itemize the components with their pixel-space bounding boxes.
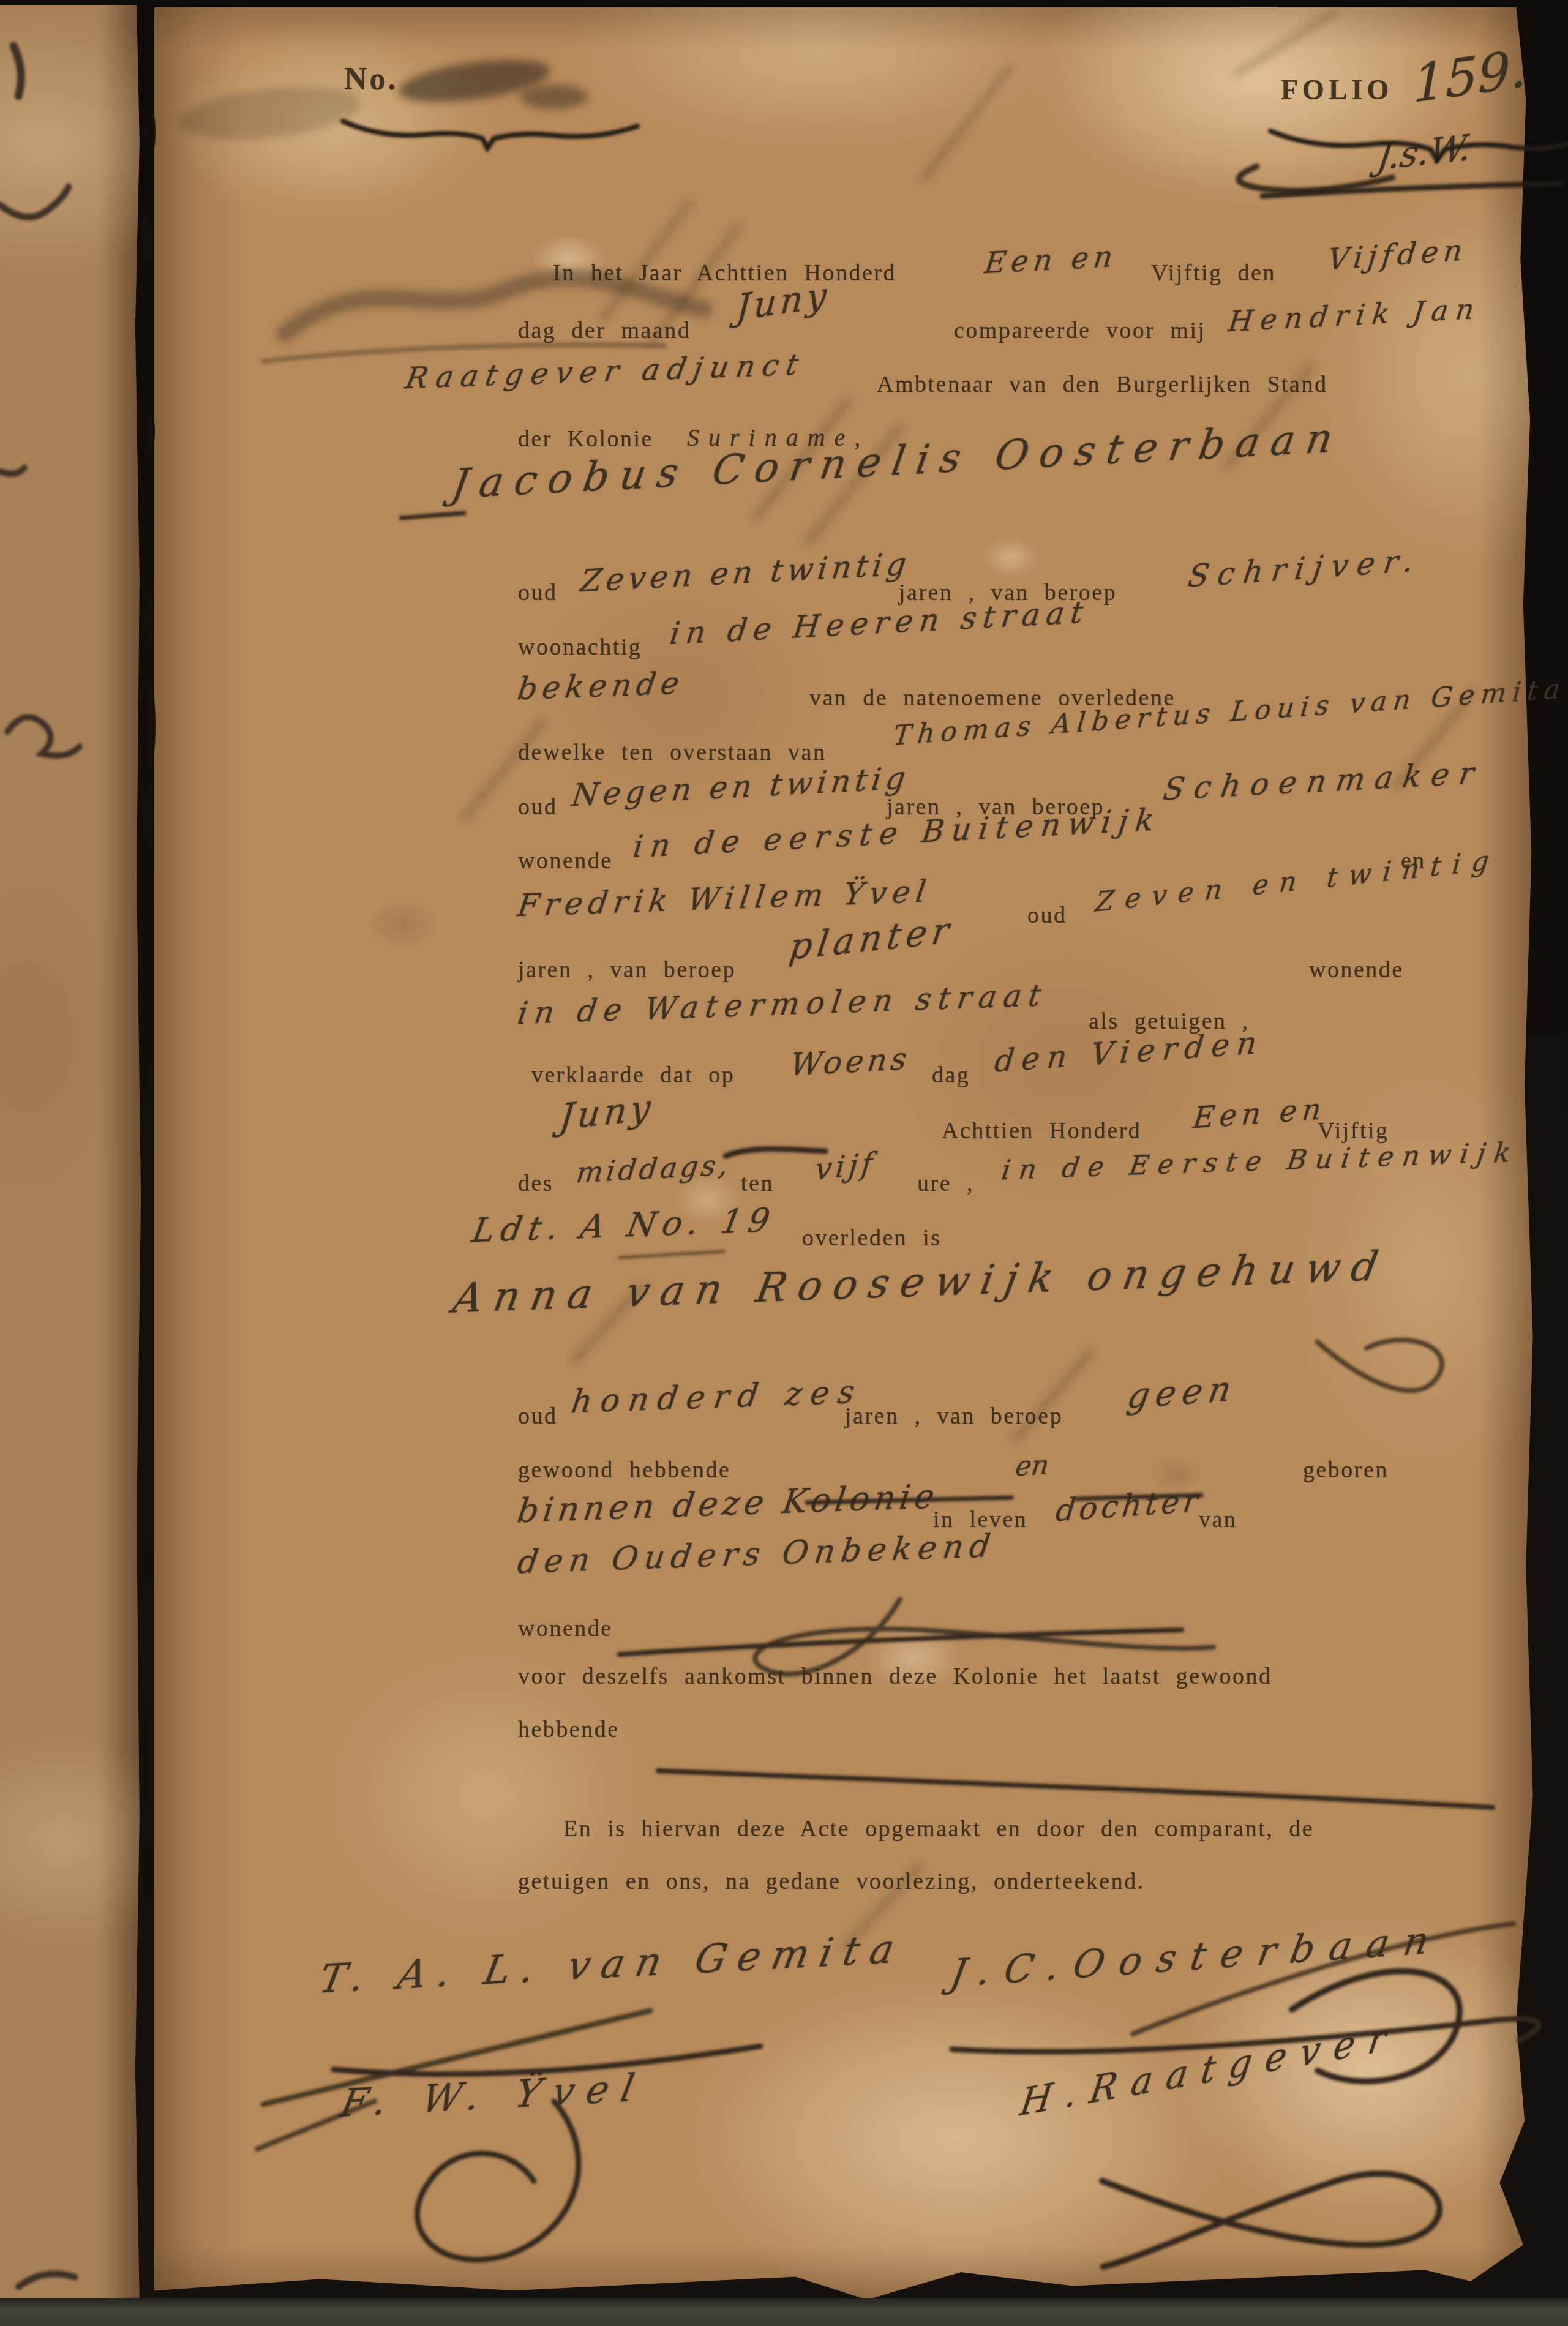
act-line22-printed2: van (1199, 1506, 1237, 1533)
act-line08-handwritten1: bekende (516, 666, 686, 707)
act-line15-printed2: dag (932, 1062, 970, 1089)
act-line15-handwritten1: Woens (789, 1041, 912, 1083)
act-line11-printed1: wonende (518, 847, 613, 874)
act-line04-printed1: der Kolonie (518, 426, 653, 452)
previous-page-sliver (0, 5, 141, 2300)
act-line17-printed1: des (518, 1170, 553, 1197)
act-line03-printed1: Ambtenaar van den Burgerlijken Stand (877, 371, 1327, 398)
death-record-scan: No. FOLIO 159. J.s.W. In het Jaar Achtti… (0, 0, 1568, 2326)
act-line07-printed1: woonachtig (518, 634, 642, 661)
act-line26-printed1: hebbende (518, 1716, 620, 1743)
act-line01-handwritten1: Een en (983, 239, 1120, 281)
act-line10-printed1: oud (518, 793, 558, 820)
act-line09-printed1: dewelke ten overstaan van (518, 739, 827, 766)
act-line02-printed2: compareerde voor mij (954, 317, 1206, 344)
act-line17-printed2: ten (741, 1170, 774, 1197)
act-line01-printed2: Vijftig den (1151, 260, 1276, 287)
act-line21-handwritten1: en (1014, 1449, 1051, 1482)
act-line01-printed1: In het Jaar Achttien Honderd (553, 260, 896, 287)
gutter-crack (141, 7, 156, 2298)
act-line17-handwritten2: vijf (814, 1146, 878, 1187)
act-line27-printed1: En is hiervan deze Acte opgemaakt en doo… (563, 1815, 1314, 1842)
act-line02-printed1: dag der maand (518, 317, 691, 344)
act-line12-printed1: oud (1027, 902, 1067, 929)
no-label: No. (344, 61, 399, 97)
act-line24-printed1: wonende (518, 1615, 613, 1642)
act-line13-printed1: jaren , van beroep (518, 956, 736, 983)
act-line16-printed1: Achttien Honderd (942, 1117, 1141, 1144)
act-line18-printed1: overleden is (802, 1225, 942, 1251)
act-line15-printed1: verklaarde dat op (531, 1062, 735, 1089)
act-line17-printed3: ure , (917, 1170, 974, 1197)
act-line20-handwritten2: geen (1124, 1369, 1240, 1417)
act-line13-printed2: wonende (1309, 956, 1404, 983)
act-line16-printed2: Vijftig (1318, 1117, 1389, 1144)
act-line21-printed1: gewoond hebbende (518, 1457, 730, 1484)
scan-background-surface (0, 2298, 1568, 2326)
folio-label: FOLIO (1281, 73, 1393, 106)
act-line20-printed2: jaren , van beroep (845, 1403, 1063, 1430)
act-line28-printed1: getuigen en ons, na gedane voorlezing, o… (518, 1868, 1145, 1895)
act-line06-printed1: oud (518, 579, 558, 606)
act-line25-printed1: voor deszelfs aankomst binnen deze Kolon… (518, 1663, 1272, 1690)
act-line21-printed2: geboren (1303, 1457, 1389, 1484)
act-line20-printed1: oud (518, 1403, 558, 1430)
